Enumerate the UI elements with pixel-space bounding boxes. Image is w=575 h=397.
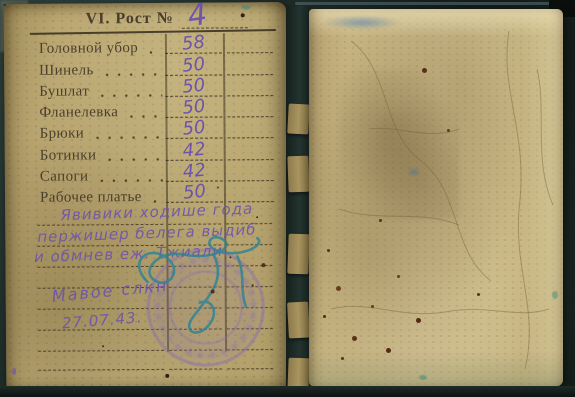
paper-creases: [309, 9, 563, 386]
sizes-table: Головной убор 58 Шинель 50 Бушлат 50: [30, 33, 277, 207]
blue-ink-smudge-small: [409, 169, 419, 175]
torn-page-stub: [287, 156, 309, 193]
purple-ink-speck: [12, 368, 16, 375]
number-dotted-underline: [182, 27, 248, 28]
age-specks: [4, 4, 6, 6]
table-row: Головной убор 58: [30, 33, 276, 56]
torn-page-stub: [287, 301, 310, 338]
torn-page-stub: [287, 103, 310, 134]
table-row: Ботинки 42: [31, 140, 277, 163]
teal-signature-flourish: [117, 226, 278, 345]
ruled-line: [169, 368, 222, 369]
teal-ink-speck: [419, 375, 427, 380]
binding-spine: [286, 6, 311, 392]
ruled-line: [227, 368, 273, 369]
right-page-blank: [309, 9, 563, 386]
cover-seam: [295, 2, 563, 5]
dot-leader: [101, 67, 162, 76]
cover-bottom-edge: [0, 386, 575, 397]
dot-leader: [96, 89, 162, 98]
table-row: Бушлат 50: [30, 76, 276, 99]
ruled-line: [38, 350, 164, 352]
photo-of-open-booklet: VI. Рост № 4 Головной убор 58 Шинель 50: [0, 0, 575, 397]
ruled-line: [38, 369, 164, 371]
dot-leader: [103, 153, 162, 162]
table-row: Брюки 50: [30, 118, 276, 141]
table-row: Сапоги 42: [31, 161, 277, 184]
left-page: VI. Рост № 4 Головной убор 58 Шинель 50: [4, 2, 290, 392]
table-row: Фланелевка 50: [30, 97, 276, 120]
torn-page-stub: [287, 234, 309, 275]
dot-leader: [145, 46, 162, 55]
dot-leader: [95, 174, 162, 183]
teal-ink-speck: [242, 5, 251, 9]
teal-ink-speck: [552, 291, 558, 299]
table-row: Шинель 50: [30, 54, 276, 77]
dot-leader: [91, 131, 162, 140]
dot-leader: [125, 110, 162, 119]
blue-ink-smudge: [323, 15, 401, 30]
rust-specks: [327, 249, 330, 252]
